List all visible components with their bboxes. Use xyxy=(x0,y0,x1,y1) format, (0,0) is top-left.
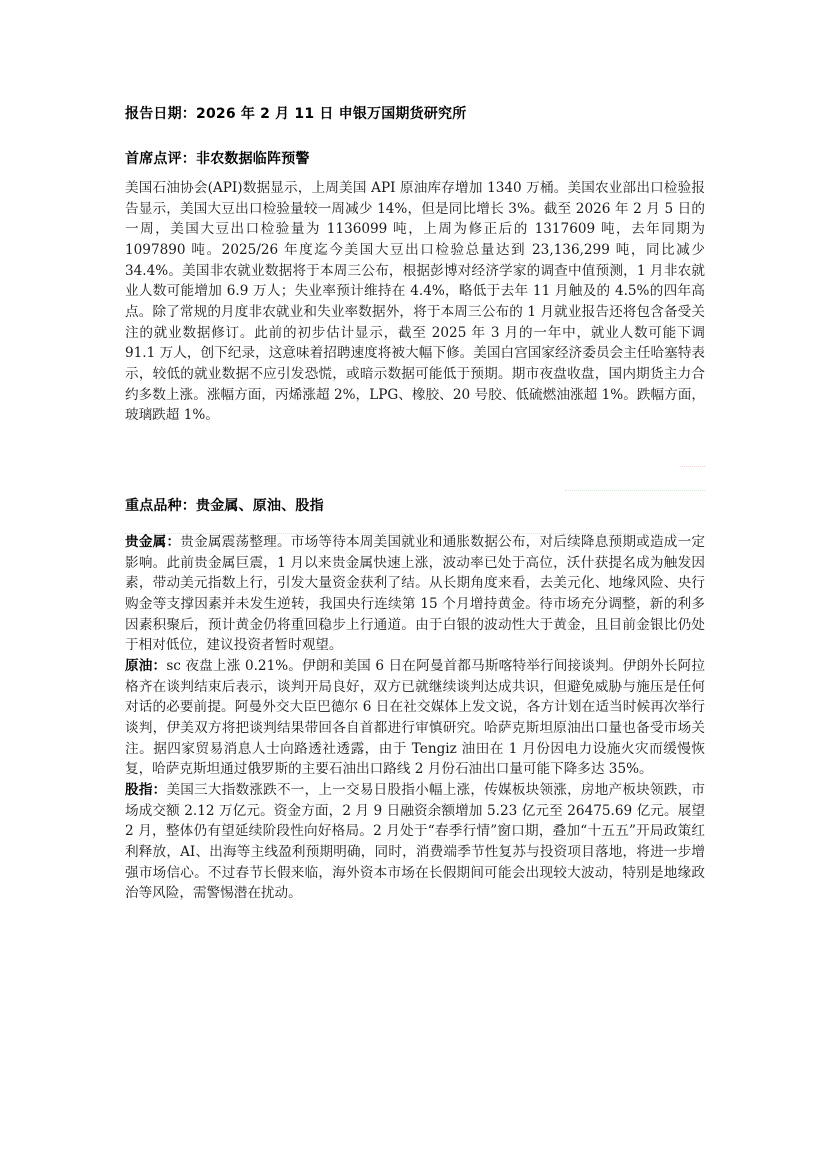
chief-comment-body: 美国石油协会(API)数据显示，上周美国 API 原油库存增加 1340 万桶。… xyxy=(125,178,705,426)
decorative-dotted-line xyxy=(565,490,705,491)
crude-oil-label: 原油： xyxy=(125,658,166,674)
key-varieties-title: 重点品种：贵金属、原油、股指 xyxy=(125,495,324,515)
precious-metals-paragraph: 贵金属：贵金属震荡整理。市场等待本周美国就业和通胀数据公布，对后续降息预期或造成… xyxy=(125,532,705,656)
crude-oil-paragraph: 原油：sc 夜盘上涨 0.21%。伊朗和美国 6 日在阿曼首都马斯喀特举行间接谈… xyxy=(125,656,705,780)
decorative-dotted-line xyxy=(680,466,705,467)
chief-comment-title: 首席点评：非农数据临阵预警 xyxy=(125,148,310,168)
report-date-heading: 报告日期：2026 年 2 月 11 日 申银万国期货研究所 xyxy=(125,103,466,123)
key-varieties-body: 贵金属：贵金属震荡整理。市场等待本周美国就业和通胀数据公布，对后续降息预期或造成… xyxy=(125,532,705,904)
precious-metals-label: 贵金属： xyxy=(125,534,180,550)
stock-index-text: 美国三大指数涨跌不一，上一交易日股指小幅上涨，传媒板块领涨，房地产板块领跌，市场… xyxy=(125,782,705,901)
stock-index-paragraph: 股指：美国三大指数涨跌不一，上一交易日股指小幅上涨，传媒板块领涨，房地产板块领跌… xyxy=(125,780,705,904)
precious-metals-text: 贵金属震荡整理。市场等待本周美国就业和通胀数据公布，对后续降息预期或造成一定影响… xyxy=(125,534,705,653)
stock-index-label: 股指： xyxy=(125,782,166,798)
crude-oil-text: sc 夜盘上涨 0.21%。伊朗和美国 6 日在阿曼首都马斯喀特举行间接谈判。伊… xyxy=(125,658,705,777)
